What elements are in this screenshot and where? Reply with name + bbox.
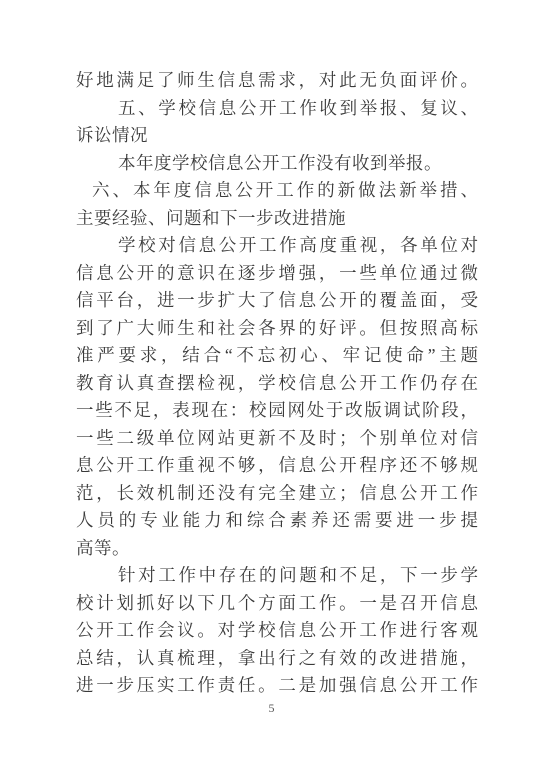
text-line: 高等。 — [76, 535, 478, 563]
text-line: 到了广大师生和社会各界的好评。但按照高标 — [76, 315, 478, 343]
text-line: 一些二级单位网站更新不及时；个别单位对信 — [76, 425, 478, 453]
heading-section-6-line1: 六、本年度信息公开工作的新做法新举措、 — [76, 177, 478, 205]
text-line: 准严要求，结合“不忘初心、牢记使命”主题 — [76, 342, 478, 370]
text-line: 总结，认真梳理，拿出行之有效的改进措施， — [76, 645, 478, 673]
heading-section-5-line1: 五、学校信息公开工作收到举报、复议、 — [76, 95, 478, 123]
page-number: 5 — [0, 700, 543, 716]
text-line: 息公开工作重视不够，信息公开程序还不够规 — [76, 452, 478, 480]
heading-section-6-line2: 主要经验、问题和下一步改进措施 — [76, 205, 478, 233]
text-line: 信息公开的意识在逐步增强，一些单位通过微 — [76, 260, 478, 288]
text-line: 好地满足了师生信息需求，对此无负面评价。 — [76, 67, 478, 95]
text-line: 进一步压实工作责任。二是加强信息公开工作 — [76, 672, 478, 700]
text-line: 人员的专业能力和综合素养还需要进一步提 — [76, 507, 478, 535]
text-line: 信平台，进一步扩大了信息公开的覆盖面，受 — [76, 287, 478, 315]
text-line: 公开工作会议。对学校信息公开工作进行客观 — [76, 617, 478, 645]
heading-section-5-line2: 诉讼情况 — [76, 122, 478, 150]
document-page: 好地满足了师生信息需求，对此无负面评价。 五、学校信息公开工作收到举报、复议、 … — [0, 0, 543, 768]
text-line: 范，长效机制还没有完全建立；信息公开工作 — [76, 480, 478, 508]
text-line: 一些不足，表现在：校园网处于改版调试阶段， — [76, 397, 478, 425]
text-line: 本年度学校信息公开工作没有收到举报。 — [76, 150, 478, 178]
text-line: 针对工作中存在的问题和不足，下一步学 — [76, 562, 478, 590]
text-line: 校计划抓好以下几个方面工作。一是召开信息 — [76, 590, 478, 618]
text-block: 好地满足了师生信息需求，对此无负面评价。 五、学校信息公开工作收到举报、复议、 … — [76, 67, 478, 700]
text-line: 学校对信息公开工作高度重视，各单位对 — [76, 232, 478, 260]
text-line: 教育认真查摆检视，学校信息公开工作仍存在 — [76, 370, 478, 398]
